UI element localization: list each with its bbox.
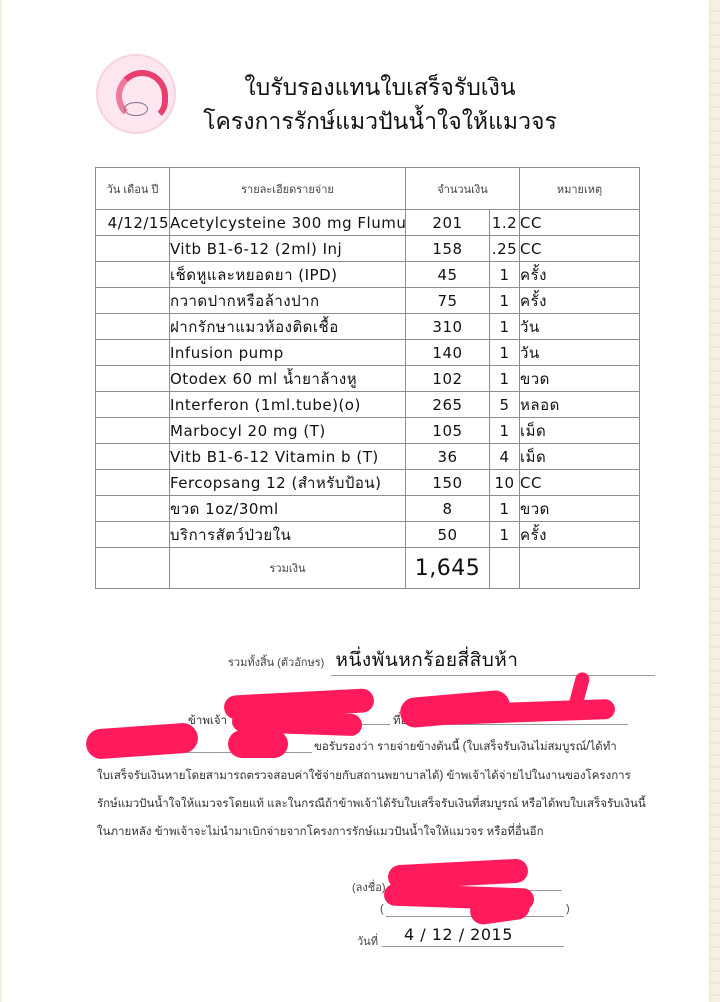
row-amount: 201 [406,210,490,236]
row-description: บริการสัตว์ป่วยใน [170,522,406,548]
project-name: โครงการรักษ์แมวปันน้ำใจให้แมวจร [180,104,580,140]
row-unit: CC [520,210,640,236]
row-description: Acetylcysteine 300 mg Flumu [170,210,406,236]
row-date [96,314,170,340]
paper-edge-left [0,0,2,1002]
expense-table: วัน เดือน ปี รายละเอียดรายจ่าย จำนวนเงิน… [95,167,640,589]
row-description: ฝากรักษาแมวห้องติดเชื้อ [170,314,406,340]
table-row: ฝากรักษาแมวห้องติดเชื้อ3101วัน [96,314,640,340]
row-date: 4/12/15 [96,210,170,236]
declaration-line-3: รักษ์แมวปันน้ำใจให้แมวจรโดยแท้ และในกรณี… [97,795,646,813]
sign-label: (ลงชื่อ) [352,878,386,896]
row-unit: ครั้ง [520,262,640,288]
row-unit: ครั้ง [520,288,640,314]
row-amount: 50 [406,522,490,548]
row-date [96,496,170,522]
row-date [96,418,170,444]
row-amount: 45 [406,262,490,288]
row-unit: วัน [520,314,640,340]
cat-shape [124,102,148,116]
row-quantity: 1 [490,522,520,548]
row-amount: 150 [406,470,490,496]
row-quantity: 1 [490,496,520,522]
row-quantity: 5 [490,392,520,418]
row-amount: 158 [406,236,490,262]
row-description: Otodex 60 ml น้ำยาล้างหู [170,366,406,392]
total-amount: 1,645 [406,548,490,589]
row-date [96,444,170,470]
header-date: วัน เดือน ปี [96,168,170,210]
row-description: Vitb B1-6-12 (2ml) Inj [170,236,406,262]
row-description: Interferon (1ml.tube)(o) [170,392,406,418]
total-words-label: รวมทั้งสิ้น (ตัวอักษร) [228,657,324,669]
row-unit: ขวด [520,496,640,522]
table-row: Vitb B1-6-12 (2ml) Inj158.25CC [96,236,640,262]
table-row: Marbocyl 20 mg (T)1051เม็ด [96,418,640,444]
row-quantity: 4 [490,444,520,470]
paren-open: ( [380,903,384,915]
document-title: ใบรับรองแทนใบเสร็จรับเงิน [180,70,580,106]
table-row: ขวด 1oz/30ml81ขวด [96,496,640,522]
declaration-line-2: ใบเสร็จรับเงินหายโดยสามารถตรวจสอบค่าใช้จ… [97,767,631,785]
row-date [96,366,170,392]
redaction-mark [85,722,199,760]
row-quantity: 1 [490,366,520,392]
total-label: รวมเงิน [170,548,406,589]
table-row: Infusion pump1401วัน [96,340,640,366]
paper-binding-edge [709,0,720,1002]
row-description: Infusion pump [170,340,406,366]
row-quantity: 10 [490,470,520,496]
cat-charity-logo-icon [96,54,176,134]
row-date [96,236,170,262]
row-date [96,262,170,288]
total-row: รวมเงิน 1,645 [96,548,640,589]
row-quantity: 1 [490,418,520,444]
row-description: Fercopsang 12 (สำหรับป้อน) [170,470,406,496]
row-unit: เม็ด [520,418,640,444]
table-row: Otodex 60 ml น้ำยาล้างหู1021ขวด [96,366,640,392]
row-unit: ครั้ง [520,522,640,548]
total-remark-empty [520,548,640,589]
table-row: บริการสัตว์ป่วยใน501ครั้ง [96,522,640,548]
row-date [96,470,170,496]
row-unit: CC [520,236,640,262]
row-quantity: .25 [490,236,520,262]
date-label: วันที่ [357,932,378,950]
row-description: Vitb B1-6-12 Vitamin b (T) [170,444,406,470]
table-row: เช็ดหูและหยอดยา (IPD)451ครั้ง [96,262,640,288]
row-date [96,340,170,366]
redaction-mark [228,730,288,758]
row-amount: 310 [406,314,490,340]
paren-close: ) [566,903,570,915]
row-unit: หลอด [520,392,640,418]
row-unit: CC [520,470,640,496]
row-amount: 265 [406,392,490,418]
row-unit: เม็ด [520,444,640,470]
row-amount: 8 [406,496,490,522]
table-row: Interferon (1ml.tube)(o)2655หลอด [96,392,640,418]
declaration-line-1: ขอรับรองว่า รายจ่ายข้างต้นนี้ (ใบเสร็จรั… [314,738,617,756]
total-qty-empty [490,548,520,589]
row-quantity: 1 [490,314,520,340]
date-line [382,946,564,947]
table-row: Fercopsang 12 (สำหรับป้อน)15010CC [96,470,640,496]
row-date [96,392,170,418]
row-amount: 105 [406,418,490,444]
total-empty-cell [96,548,170,589]
header-description: รายละเอียดรายจ่าย [170,168,406,210]
table-row: 4/12/15Acetylcysteine 300 mg Flumu2011.2… [96,210,640,236]
row-amount: 102 [406,366,490,392]
row-description: กวาดปากหรือล้างปาก [170,288,406,314]
row-quantity: 1 [490,340,520,366]
table-row: กวาดปากหรือล้างปาก751ครั้ง [96,288,640,314]
row-quantity: 1.2 [490,210,520,236]
row-unit: ขวด [520,366,640,392]
row-quantity: 1 [490,288,520,314]
row-unit: วัน [520,340,640,366]
header-remark: หมายเหตุ [520,168,640,210]
row-date [96,288,170,314]
header-amount: จำนวนเงิน [406,168,520,210]
row-quantity: 1 [490,262,520,288]
row-description: เช็ดหูและหยอดยา (IPD) [170,262,406,288]
declaration-line-4: ในภายหลัง ข้าพเจ้าจะไม่นำมาเบิกจ่ายจากโค… [97,823,544,841]
row-amount: 36 [406,444,490,470]
row-date [96,522,170,548]
row-description: Marbocyl 20 mg (T) [170,418,406,444]
table-row: Vitb B1-6-12 Vitamin b (T)364เม็ด [96,444,640,470]
row-description: ขวด 1oz/30ml [170,496,406,522]
row-amount: 75 [406,288,490,314]
total-words-value: หนึ่งพันหกร้อยสี่สิบห้า [331,645,655,676]
row-amount: 140 [406,340,490,366]
signature-date: 4 / 12 / 2015 [404,925,513,944]
total-in-words: รวมทั้งสิ้น (ตัวอักษร) หนึ่งพันหกร้อยสี่… [228,645,655,676]
